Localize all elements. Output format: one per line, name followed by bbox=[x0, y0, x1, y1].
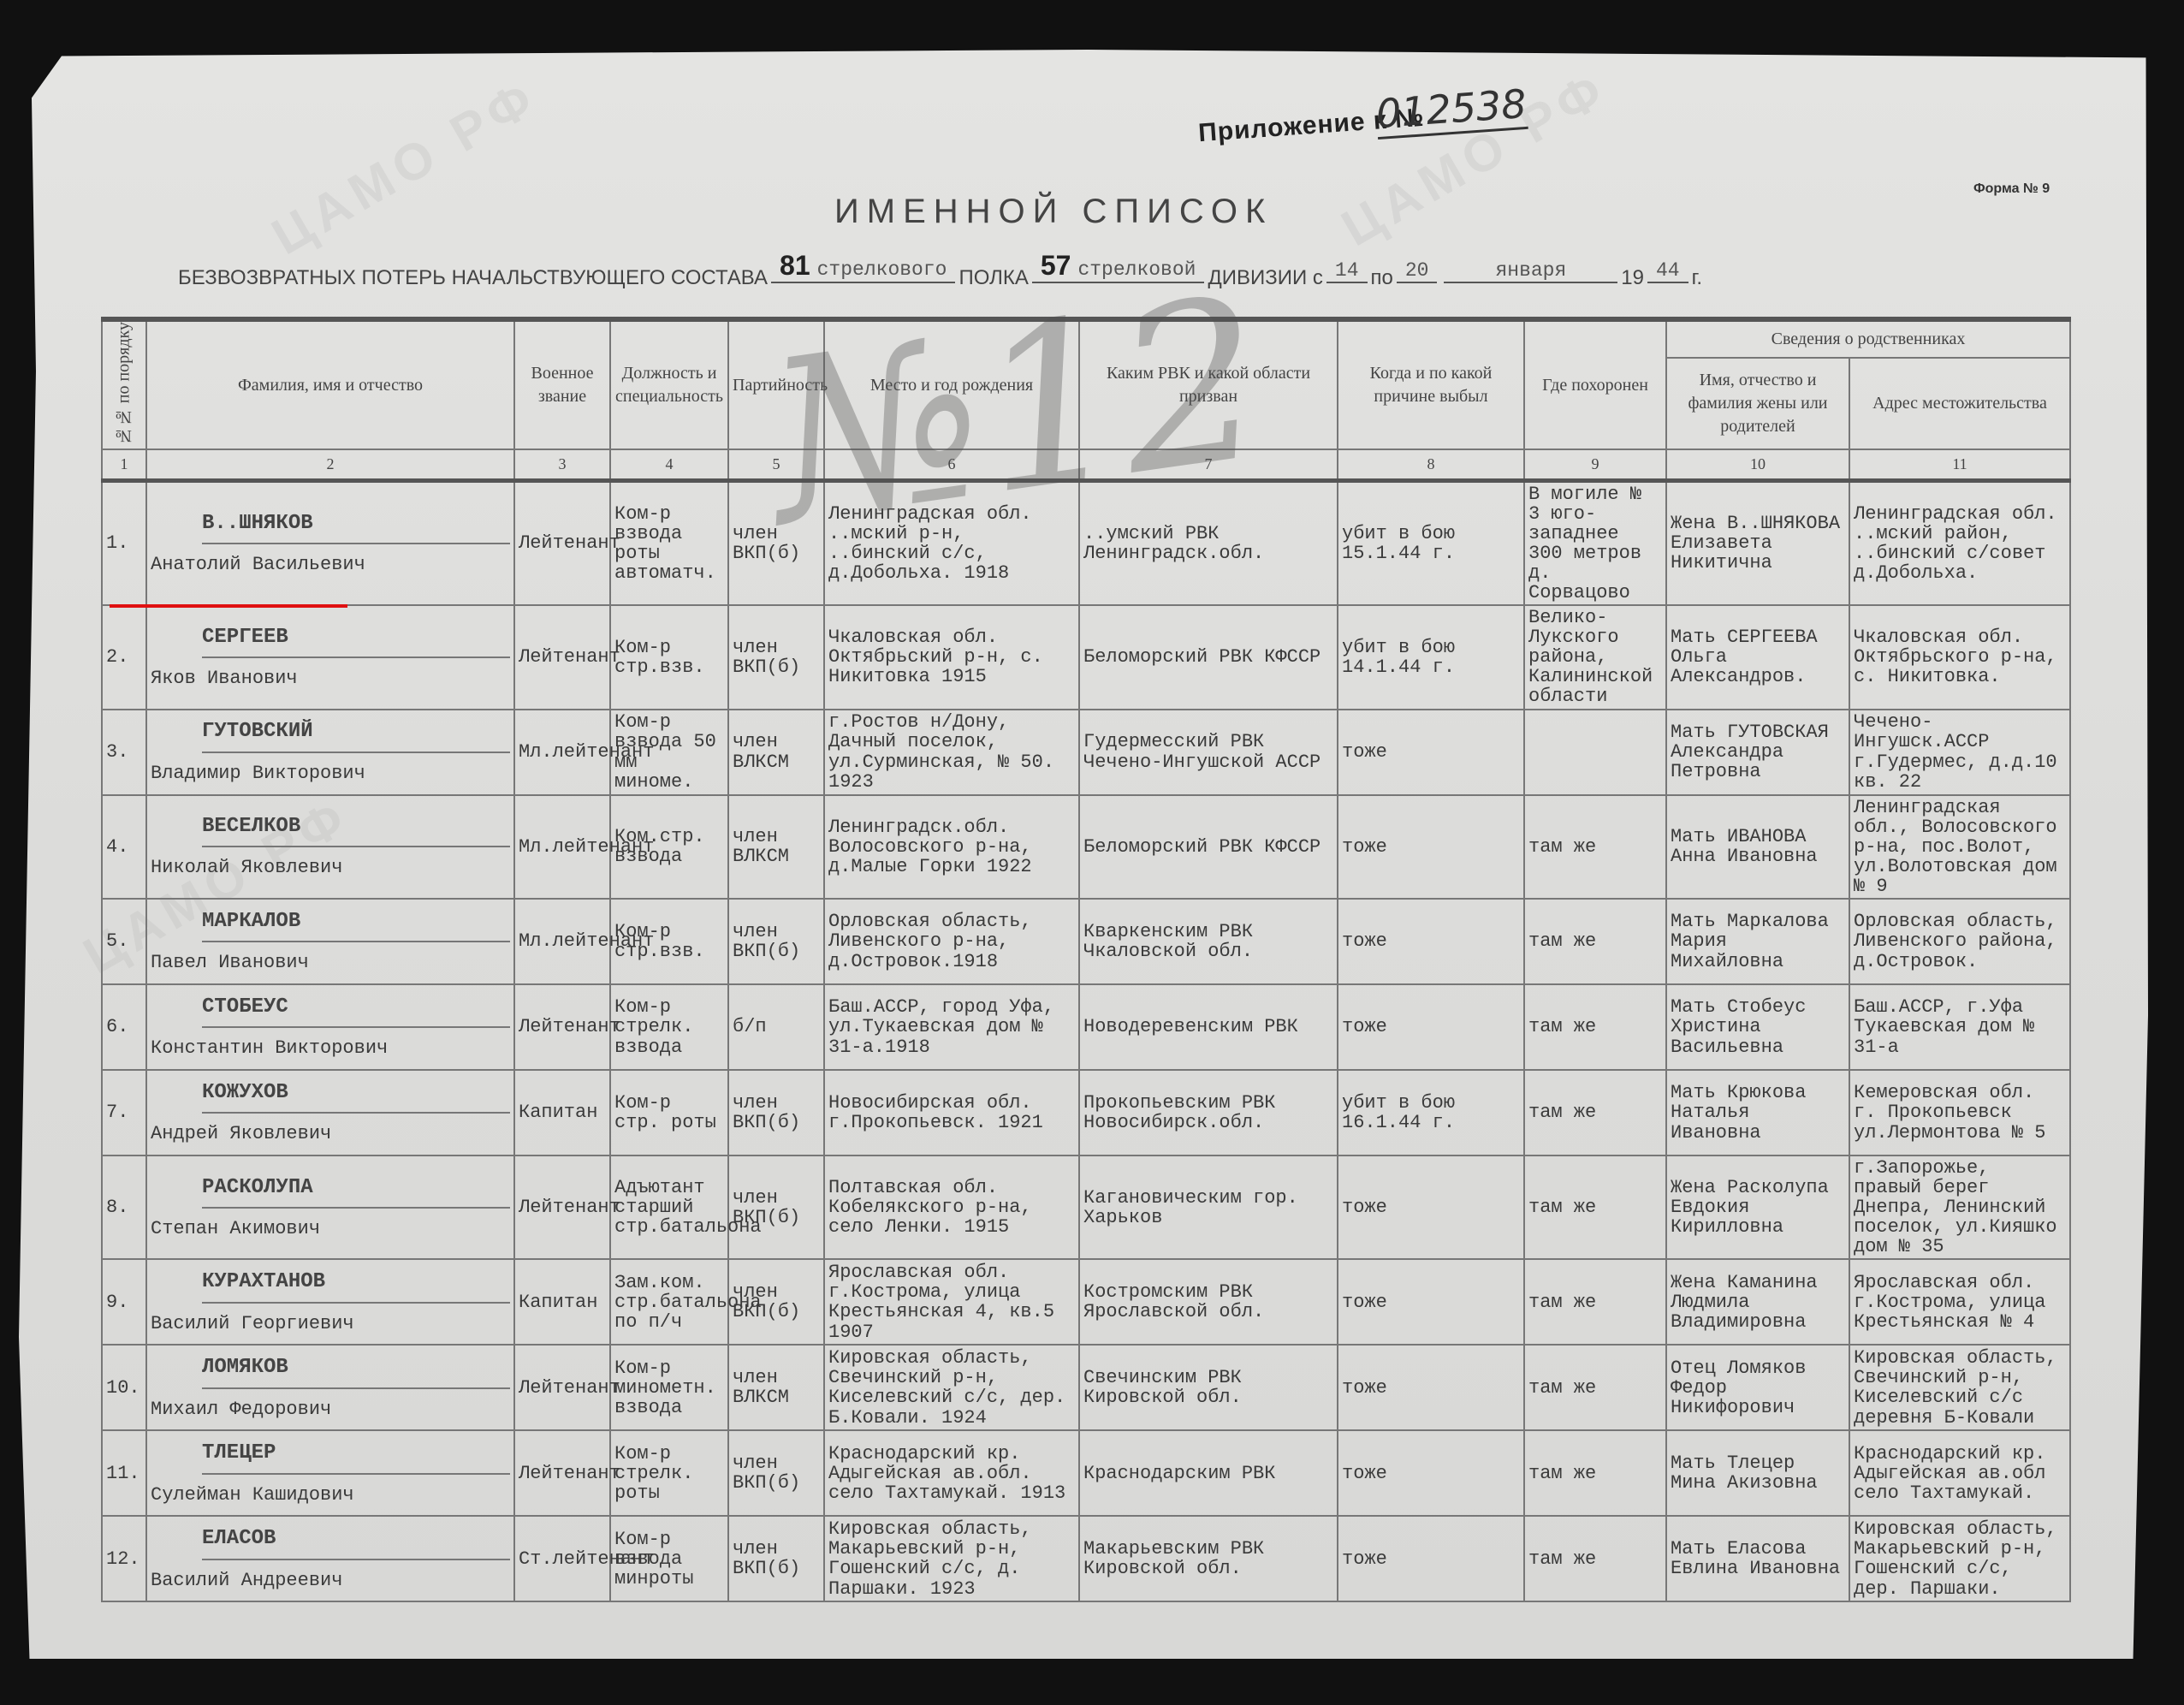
row-number: 9. bbox=[102, 1259, 146, 1345]
surname: ВЕСЕЛКОВ bbox=[202, 816, 510, 847]
full-name: РАСКОЛУПАСтепан Акимович bbox=[146, 1155, 514, 1259]
table-row: 3. ГУТОВСКИЙВладимир Викторович Мл.лейте… bbox=[102, 710, 2070, 795]
burial-place: Велико-Лукского района, Калининской обла… bbox=[1524, 605, 1666, 709]
header-address: Адрес местожительства bbox=[1849, 358, 2070, 450]
burial-place: там же bbox=[1524, 795, 1666, 899]
burial-place: там же bbox=[1524, 1155, 1666, 1259]
year-prefix: 19 bbox=[1621, 266, 1644, 290]
rank: Мл.лейтенант bbox=[514, 899, 610, 984]
given-names: Михаил Федорович bbox=[151, 1399, 510, 1419]
rank: Капитан bbox=[514, 1070, 610, 1155]
when-why-left: тоже bbox=[1338, 899, 1524, 984]
col-number: 2 bbox=[146, 449, 514, 480]
rank: Лейтенант bbox=[514, 1430, 610, 1516]
casualty-table: №№ по порядку Фамилия, имя и отчество Во… bbox=[101, 317, 2071, 1602]
conscription-rvk: Костромским РВК Ярославской обл. bbox=[1079, 1259, 1338, 1345]
when-why-left: тоже bbox=[1338, 710, 1524, 795]
row-number: 1. bbox=[102, 480, 146, 605]
division-word: ДИВИЗИИ с bbox=[1208, 266, 1322, 290]
relative-name: Отец Ломяков Федор Никифорович bbox=[1666, 1345, 1849, 1430]
birth-place-year: Краснодарский кр. Адыгейская ав.обл. сел… bbox=[824, 1430, 1079, 1516]
given-names: Павел Иванович bbox=[151, 953, 510, 972]
relative-address: Ярославская обл. г.Кострома, улица Крест… bbox=[1849, 1259, 2070, 1345]
party: член ВКП(б) bbox=[728, 1430, 824, 1516]
surname: РАСКОЛУПА bbox=[202, 1177, 510, 1209]
table-row: 12. ЕЛАСОВВасилий Андреевич Ст.лейтенант… bbox=[102, 1516, 2070, 1601]
given-names: Василий Андреевич bbox=[151, 1571, 510, 1590]
relative-name: Мать СЕРГЕЕВА Ольга Александров. bbox=[1666, 605, 1849, 709]
burial-place: там же bbox=[1524, 899, 1666, 984]
row-number: 8. bbox=[102, 1155, 146, 1259]
relative-name: Жена Каманина Людмила Владимировна bbox=[1666, 1259, 1849, 1345]
col-number: 7 bbox=[1079, 449, 1338, 480]
by-word: по bbox=[1371, 266, 1393, 290]
relative-address: Ленинградская обл. ..мский район, ..бинс… bbox=[1849, 480, 2070, 605]
party: б/п bbox=[728, 984, 824, 1070]
party: член ВКП(б) bbox=[728, 1070, 824, 1155]
position: Ком-р взвода минроты bbox=[610, 1516, 728, 1601]
full-name: КОЖУХОВАндрей Яковлевич bbox=[146, 1070, 514, 1155]
rank: Мл.лейтенант bbox=[514, 795, 610, 899]
birth-place-year: Ленинградская обл. ..мский р-н, ..бински… bbox=[824, 480, 1079, 605]
rank: Капитан bbox=[514, 1259, 610, 1345]
burial-place: там же bbox=[1524, 1430, 1666, 1516]
red-underline-highlight bbox=[110, 604, 347, 608]
header-buried: Где похоронен bbox=[1524, 319, 1666, 449]
rank: Ст.лейтенант bbox=[514, 1516, 610, 1601]
relative-address: Кемеровская обл. г. Прокопьевск ул.Лермо… bbox=[1849, 1070, 2070, 1155]
full-name: КУРАХТАНОВВасилий Георгиевич bbox=[146, 1259, 514, 1345]
position: Зам.ком. стр.батальона по п/ч bbox=[610, 1259, 728, 1345]
birth-place-year: Новосибирская обл. г.Прокопьевск. 1921 bbox=[824, 1070, 1079, 1155]
col-number: 9 bbox=[1524, 449, 1666, 480]
burial-place: там же bbox=[1524, 1259, 1666, 1345]
position: Ком-р минометн. взвода bbox=[610, 1345, 728, 1430]
row-number: 7. bbox=[102, 1070, 146, 1155]
position: Ком-р стр.взв. bbox=[610, 605, 728, 709]
header-position: Должность и специальность bbox=[610, 319, 728, 449]
birth-place-year: Чкаловская обл. Октябрьский р-н, с. Ники… bbox=[824, 605, 1079, 709]
conscription-rvk: Беломорский РВК КФССР bbox=[1079, 795, 1338, 899]
col-number: 10 bbox=[1666, 449, 1849, 480]
burial-place: там же bbox=[1524, 1345, 1666, 1430]
relative-name: Мать ИВАНОВА Анна Ивановна bbox=[1666, 795, 1849, 899]
year-field: 44 bbox=[1647, 259, 1688, 283]
form-label: Форма № 9 bbox=[1973, 181, 2050, 197]
when-why-left: тоже bbox=[1338, 1345, 1524, 1430]
full-name: В..ШНЯКОВАнатолий Васильевич bbox=[146, 480, 514, 605]
header-num: №№ по порядку bbox=[102, 319, 146, 449]
birth-place-year: Орловская область, Ливенского р-на, д.Ос… bbox=[824, 899, 1079, 984]
when-why-left: убит в бою 14.1.44 г. bbox=[1338, 605, 1524, 709]
surname: ЛОМЯКОВ bbox=[202, 1357, 510, 1388]
party: член ВКП(б) bbox=[728, 480, 824, 605]
given-names: Василий Георгиевич bbox=[151, 1314, 510, 1334]
surname: ГУТОВСКИЙ bbox=[202, 721, 510, 752]
row-number: 2. bbox=[102, 605, 146, 709]
row-number: 3. bbox=[102, 710, 146, 795]
position: Ком-р взвода роты автоматч. bbox=[610, 480, 728, 605]
relative-address: Кировская область, Макарьевский р-н, Гош… bbox=[1849, 1516, 2070, 1601]
when-why-left: тоже bbox=[1338, 1155, 1524, 1259]
relative-name: Мать Тлецер Мина Акизовна bbox=[1666, 1430, 1849, 1516]
division-field: 57стрелковой bbox=[1032, 250, 1205, 283]
col-number: 6 bbox=[824, 449, 1079, 480]
subtitle-prefix: БЕЗВОЗВРАТНЫХ ПОТЕРЬ НАЧАЛЬСТВУЮЩЕГО СОС… bbox=[178, 266, 768, 290]
table-row: 7. КОЖУХОВАндрей Яковлевич Капитан Ком-р… bbox=[102, 1070, 2070, 1155]
table-row: 9. КУРАХТАНОВВасилий Георгиевич Капитан … bbox=[102, 1259, 2070, 1345]
row-number: 12. bbox=[102, 1516, 146, 1601]
header-birth: Место и год рождения bbox=[824, 319, 1079, 449]
when-why-left: тоже bbox=[1338, 1259, 1524, 1345]
header-relatives-group: Сведения о родственниках bbox=[1666, 319, 2070, 358]
when-why-left: тоже bbox=[1338, 1430, 1524, 1516]
when-why-left: тоже bbox=[1338, 984, 1524, 1070]
row-number: 11. bbox=[102, 1430, 146, 1516]
header-rank: Военное звание bbox=[514, 319, 610, 449]
full-name: СЕРГЕЕВЯков Иванович bbox=[146, 605, 514, 709]
relative-address: Чкаловская обл. Октябрьского р-на, с. Ни… bbox=[1849, 605, 2070, 709]
position: Адъютант старший стр.батальона bbox=[610, 1155, 728, 1259]
conscription-rvk: Гудермесский РВК Чечено-Ингушской АССР bbox=[1079, 710, 1338, 795]
table-row: 1. В..ШНЯКОВАнатолий Васильевич Лейтенан… bbox=[102, 480, 2070, 605]
row-number: 10. bbox=[102, 1345, 146, 1430]
header-party: Партийность bbox=[728, 319, 824, 449]
given-names: Константин Викторович bbox=[151, 1038, 510, 1058]
col-number: 8 bbox=[1338, 449, 1524, 480]
given-names: Андрей Яковлевич bbox=[151, 1124, 510, 1144]
col-number: 4 bbox=[610, 449, 728, 480]
conscription-rvk: Макарьевским РВК Кировской обл. bbox=[1079, 1516, 1338, 1601]
table-row: 4. ВЕСЕЛКОВНиколай Яковлевич Мл.лейтенан… bbox=[102, 795, 2070, 899]
party: член ВЛКСМ bbox=[728, 795, 824, 899]
position: Ком-р стр. роты bbox=[610, 1070, 728, 1155]
conscription-rvk: ..умский РВК Ленинградск.обл. bbox=[1079, 480, 1338, 605]
rank: Лейтенант bbox=[514, 480, 610, 605]
position: Ком-р стрелк. роты bbox=[610, 1430, 728, 1516]
conscription-rvk: Прокопьевским РВК Новосибирск.обл. bbox=[1079, 1070, 1338, 1155]
rank: Лейтенант bbox=[514, 984, 610, 1070]
relative-name: Мать Маркалова Мария Михайловна bbox=[1666, 899, 1849, 984]
col-number: 1 bbox=[102, 449, 146, 480]
position: Ком-р взвода 50 мм миноме. bbox=[610, 710, 728, 795]
table-row: 10. ЛОМЯКОВМихаил Федорович Лейтенант Ко… bbox=[102, 1345, 2070, 1430]
surname: КОЖУХОВ bbox=[202, 1082, 510, 1114]
full-name: МАРКАЛОВПавел Иванович bbox=[146, 899, 514, 984]
header-relative-name: Имя, отчество и фамилия жены или родител… bbox=[1666, 358, 1849, 450]
col-number: 11 bbox=[1849, 449, 2070, 480]
when-why-left: тоже bbox=[1338, 795, 1524, 899]
surname: ТЛЕЦЕР bbox=[202, 1442, 510, 1474]
relative-address: Баш.АССР, г.Уфа Тукаевская дом № 31-а bbox=[1849, 984, 2070, 1070]
burial-place: там же bbox=[1524, 1070, 1666, 1155]
birth-place-year: Ленинградск.обл. Волосовского р-на, д.Ма… bbox=[824, 795, 1079, 899]
burial-place bbox=[1524, 710, 1666, 795]
surname: МАРКАЛОВ bbox=[202, 911, 510, 942]
full-name: ТЛЕЦЕРСулейман Кашидович bbox=[146, 1430, 514, 1516]
relative-address: Краснодарский кр. Адыгейская ав.обл село… bbox=[1849, 1430, 2070, 1516]
relative-name: Мать Стобеус Христина Васильевна bbox=[1666, 984, 1849, 1070]
birth-place-year: Полтавская обл. Кобелякского р-на, село … bbox=[824, 1155, 1079, 1259]
rank: Лейтенант bbox=[514, 1345, 610, 1430]
party: член ВЛКСМ bbox=[728, 1345, 824, 1430]
relative-address: Кировская область, Свечинский р-н, Кисел… bbox=[1849, 1345, 2070, 1430]
date-from-field: 14 bbox=[1326, 259, 1368, 283]
surname: В..ШНЯКОВ bbox=[202, 513, 510, 544]
full-name: СТОБЕУСКонстантин Викторович bbox=[146, 984, 514, 1070]
regiment-word: ПОЛКА bbox=[958, 266, 1028, 290]
position: Ком-р стрелк. взвода bbox=[610, 984, 728, 1070]
col-number: 5 bbox=[728, 449, 824, 480]
surname: КУРАХТАНОВ bbox=[202, 1271, 510, 1303]
relative-name: Мать Крюкова Наталья Ивановна bbox=[1666, 1070, 1849, 1155]
given-names: Яков Иванович bbox=[151, 668, 510, 688]
conscription-rvk: Свечинским РВК Кировской обл. bbox=[1079, 1345, 1338, 1430]
given-names: Анатолий Васильевич bbox=[151, 555, 510, 574]
month-field: января bbox=[1444, 259, 1617, 283]
birth-place-year: Ярославская обл. г.Кострома, улица Крест… bbox=[824, 1259, 1079, 1345]
party: член ВКП(б) bbox=[728, 1259, 824, 1345]
rank: Мл.лейтенант bbox=[514, 710, 610, 795]
relative-address: Ленинградская обл., Волосовского р-на, п… bbox=[1849, 795, 2070, 899]
table-row: 8. РАСКОЛУПАСтепан Акимович Лейтенант Ад… bbox=[102, 1155, 2070, 1259]
conscription-rvk: Кваркенским РВК Чкаловской обл. bbox=[1079, 899, 1338, 984]
row-number: 5. bbox=[102, 899, 146, 984]
birth-place-year: Баш.АССР, город Уфа, ул.Тукаевская дом №… bbox=[824, 984, 1079, 1070]
date-to-field: 20 bbox=[1397, 259, 1438, 283]
conscription-rvk: Новодеревенским РВК bbox=[1079, 984, 1338, 1070]
when-why-left: тоже bbox=[1338, 1516, 1524, 1601]
year-suffix: г. bbox=[1692, 266, 1703, 290]
header-name: Фамилия, имя и отчество bbox=[146, 319, 514, 449]
row-number: 6. bbox=[102, 984, 146, 1070]
surname: СТОБЕУС bbox=[202, 996, 510, 1028]
regiment-field: 81стрелкового bbox=[771, 250, 955, 283]
rank: Лейтенант bbox=[514, 605, 610, 709]
burial-place: В могиле № 3 юго-западнее 300 метров д. … bbox=[1524, 480, 1666, 605]
full-name: ВЕСЕЛКОВНиколай Яковлевич bbox=[146, 795, 514, 899]
conscription-rvk: Беломорский РВК КФССР bbox=[1079, 605, 1338, 709]
header-when: Когда и по какой причине выбыл bbox=[1338, 319, 1524, 449]
full-name: ЕЛАСОВВасилий Андреевич bbox=[146, 1516, 514, 1601]
relative-address: Чечено-Ингушск.АССР г.Гудермес, д.д.10 к… bbox=[1849, 710, 2070, 795]
given-names: Николай Яковлевич bbox=[151, 858, 510, 877]
party: член ВКП(б) bbox=[728, 605, 824, 709]
party: член ВЛКСМ bbox=[728, 710, 824, 795]
surname: СЕРГЕЕВ bbox=[202, 627, 510, 658]
party: член ВКП(б) bbox=[728, 1155, 824, 1259]
relative-name: Жена Расколупа Евдокия Кирилловна bbox=[1666, 1155, 1849, 1259]
position: Ком.стр. взвода bbox=[610, 795, 728, 899]
relative-name: Мать ГУТОВСКАЯ Александра Петровна bbox=[1666, 710, 1849, 795]
burial-place: там же bbox=[1524, 984, 1666, 1070]
given-names: Сулейман Кашидович bbox=[151, 1485, 510, 1505]
relative-address: г.Запорожье, правый берег Днепра, Ленинс… bbox=[1849, 1155, 2070, 1259]
table-row: 2. СЕРГЕЕВЯков Иванович Лейтенант Ком-р … bbox=[102, 605, 2070, 709]
table-row: 5. МАРКАЛОВПавел Иванович Мл.лейтенант К… bbox=[102, 899, 2070, 984]
party: член ВКП(б) bbox=[728, 1516, 824, 1601]
document-subtitle: БЕЗВОЗВРАТНЫХ ПОТЕРЬ НАЧАЛЬСТВУЮЩЕГО СОС… bbox=[178, 257, 1702, 290]
given-names: Степан Акимович bbox=[151, 1219, 510, 1239]
col-number: 3 bbox=[514, 449, 610, 480]
full-name: ЛОМЯКОВМихаил Федорович bbox=[146, 1345, 514, 1430]
when-why-left: убит в бою 16.1.44 г. bbox=[1338, 1070, 1524, 1155]
table-row: 11. ТЛЕЦЕРСулейман Кашидович Лейтенант К… bbox=[102, 1430, 2070, 1516]
relative-name: Жена В..ШНЯКОВА Елизавета Никитична bbox=[1666, 480, 1849, 605]
row-number: 4. bbox=[102, 795, 146, 899]
conscription-rvk: Кагановическим гор. Харьков bbox=[1079, 1155, 1338, 1259]
conscription-rvk: Краснодарским РВК bbox=[1079, 1430, 1338, 1516]
position: Ком-р стр.взв. bbox=[610, 899, 728, 984]
surname: ЕЛАСОВ bbox=[202, 1528, 510, 1559]
relative-address: Орловская область, Ливенского района, д.… bbox=[1849, 899, 2070, 984]
party: член ВКП(б) bbox=[728, 899, 824, 984]
table-row: 6. СТОБЕУСКонстантин Викторович Лейтенан… bbox=[102, 984, 2070, 1070]
birth-place-year: Кировская область, Макарьевский р-н, Гош… bbox=[824, 1516, 1079, 1601]
rank: Лейтенант bbox=[514, 1155, 610, 1259]
burial-place: там же bbox=[1524, 1516, 1666, 1601]
relative-name: Мать Еласова Евлина Ивановна bbox=[1666, 1516, 1849, 1601]
birth-place-year: г.Ростов н/Дону, Дачный поселок, ул.Сурм… bbox=[824, 710, 1079, 795]
given-names: Владимир Викторович bbox=[151, 763, 510, 783]
header-rvk: Каким РВК и какой области призван bbox=[1079, 319, 1338, 449]
when-why-left: убит в бою 15.1.44 г. bbox=[1338, 480, 1524, 605]
full-name: ГУТОВСКИЙВладимир Викторович bbox=[146, 710, 514, 795]
document-title: ИМЕННОЙ СПИСОК bbox=[834, 193, 1273, 231]
birth-place-year: Кировская область, Свечинский р-н, Кисел… bbox=[824, 1345, 1079, 1430]
